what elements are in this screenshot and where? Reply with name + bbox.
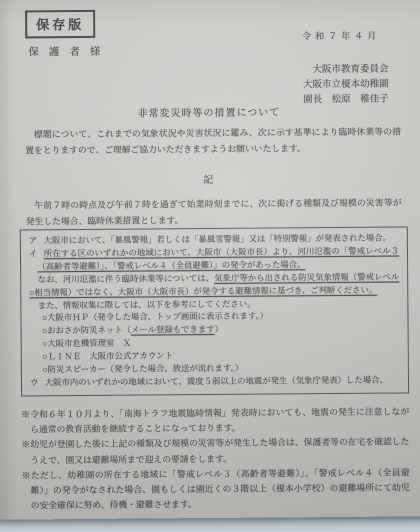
item-u-text: 大阪市内のいずれかの地域において、震度５弱以上の地震が発生（気象庁発表）した場合… <box>45 376 388 388</box>
criteria-box: ア大阪市において、「暴風警報」若しくは「暴風雪警報」又は「特別警報」が発表された… <box>20 226 409 396</box>
footnotes: ※令和６年１０月より、「南海トラフ地震臨時情報」発表時においても、地震の発生に注… <box>21 404 410 513</box>
document-photo: 保存版 令和７年４月 保護者様 大阪市教育委員会 大阪市立榎本幼稚園 園長 松原… <box>0 0 420 532</box>
source-net-mail-note: メール登録もできます <box>131 325 215 335</box>
sender-org: 大阪市教育委員会 <box>303 63 389 79</box>
footnote-nankai-trough: ※令和６年１０月より、「南海トラフ地震臨時情報」発表時においても、地震の発生に注… <box>21 404 409 437</box>
issue-date: 令和７年４月 <box>302 29 380 43</box>
addressee: 保護者様 <box>28 44 110 60</box>
item-u-label: ウ <box>30 378 38 387</box>
item-i-text: 所在する区のいずれかの地域において、大阪市（大阪市長）より、河川氾濫の「警戒レベ… <box>37 246 399 271</box>
footnote-pickup-request: ※幼児が登園した後に上記の種類及び規模の災害等が発生した場合は、保護者等の在宅を… <box>21 435 409 468</box>
document-title: 非常変災時等の措置について <box>0 102 420 120</box>
river-flood-note: なお、河川氾濫に伴う臨時休業等については、気象庁等から出される防災気象情報（警戒… <box>29 271 399 300</box>
record-marker: 記 <box>0 169 420 187</box>
item-a-text: 大阪市において、「暴風警報」若しくは「暴風雪警報」又は「特別警報」が発表された場… <box>44 234 391 246</box>
lead-paragraph: 午前７時の時点及び午前７時を過ぎて始業時刻までに、次に掲げる種類及び規模の災害等… <box>26 194 402 229</box>
footnote-evacuation-site: ※ただし、幼稚園の所在する地域に「警戒レベル３（高齢者等避難）」、「警戒レベル４… <box>22 465 410 514</box>
sender-block: 大阪市教育委員会 大阪市立榎本幼稚園 園長 松原 稚佳子 <box>303 63 389 109</box>
preservation-stamp: 保存版 <box>25 10 95 39</box>
note-plain-text: なお、河川氾濫に伴う臨時休業等については、 <box>38 274 215 284</box>
intro-paragraph: 標題について、これまでの気象状況や災害状況に鑑み、次に示す基準により臨時休業等の… <box>25 123 401 158</box>
criteria-item-i: イ所在する区のいずれかの地域において、大阪市（大阪市長）より、河川氾濫の「警戒レ… <box>29 245 399 274</box>
notice-paper: 保存版 令和７年４月 保護者様 大阪市教育委員会 大阪市立榎本幼稚園 園長 松原… <box>0 0 420 520</box>
source-net-post: ） <box>215 325 223 334</box>
sender-school: 大阪市立榎本幼稚園 <box>303 78 389 94</box>
source-net-pre: ○おおさか防災ネット（ <box>42 326 131 336</box>
item-i-label: イ <box>29 249 38 258</box>
item-a-label: ア <box>29 236 37 245</box>
criteria-item-u: ウ大阪市内のいずれかの地域において、震度５弱以上の地震が発生（気象庁発表）した場… <box>30 374 400 390</box>
